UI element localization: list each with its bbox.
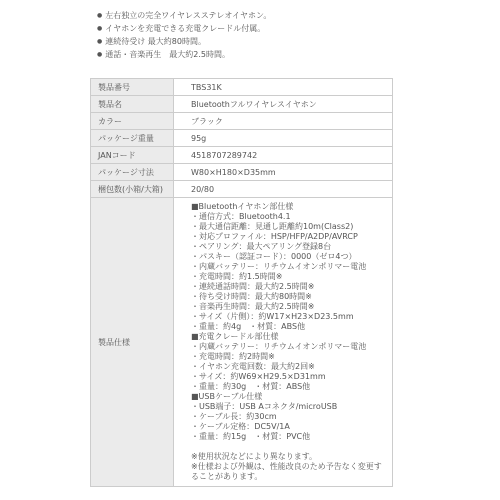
- spec-line: [191, 442, 384, 452]
- row-value: 20/80: [174, 181, 393, 198]
- spec-line: ・パスキー（認証コード）：0000（ゼロ4つ）: [191, 252, 384, 262]
- spec-line: ・待ち受け時間：最大約80時間※: [191, 292, 384, 302]
- row-label: JANコード: [91, 147, 174, 164]
- spec-lines: ■Bluetoothイヤホン部仕様・通信方式：Bluetooth4.1・最大通信…: [191, 202, 384, 482]
- spec-line: ・USB端子：USB Aコネクタ/microUSB: [191, 402, 384, 412]
- spec-line: ※仕様および外観は、性能改良のため予告なく変更することがあります。: [191, 462, 384, 482]
- spec-line: ・ペアリング：最大ペアリング登録8台: [191, 242, 384, 252]
- spec-row: 製品仕様 ■Bluetoothイヤホン部仕様・通信方式：Bluetooth4.1…: [91, 198, 393, 487]
- spec-line: ・サイズ（片側）：約W17×H23×D23.5mm: [191, 312, 384, 322]
- product-spec-table: 製品番号 TBS31K 製品名 Bluetoothフルワイヤレスイヤホン カラー…: [90, 78, 393, 487]
- spec-line: ・充電時間：約2時間※: [191, 352, 384, 362]
- bullet-icon: ●: [97, 12, 102, 19]
- spec-line: ・重量：約15g ・材質：PVC他: [191, 432, 384, 442]
- highlight-item: ●連続待受け 最大約80時間。: [97, 35, 271, 48]
- spec-row-label: 製品仕様: [91, 198, 174, 487]
- spec-line: ・イヤホン充電回数：最大約2回※: [191, 362, 384, 372]
- spec-line: ・ケーブル定格：DC5V/1A: [191, 422, 384, 432]
- highlight-text: 連続待受け 最大約80時間。: [105, 37, 206, 46]
- highlight-text: 通話・音楽再生 最大約2.5時間。: [105, 50, 230, 59]
- table-row: JANコード 4518707289742: [91, 147, 393, 164]
- table-row: 梱包数(小箱/大箱) 20/80: [91, 181, 393, 198]
- highlight-text: イヤホンを充電できる充電クレードル付属。: [105, 24, 265, 33]
- spec-row-value: ■Bluetoothイヤホン部仕様・通信方式：Bluetooth4.1・最大通信…: [174, 198, 393, 487]
- spec-line: ・充電時間：約1.5時間※: [191, 272, 384, 282]
- spec-table-body: 製品番号 TBS31K 製品名 Bluetoothフルワイヤレスイヤホン カラー…: [91, 79, 393, 487]
- highlight-item: ●左右独立の完全ワイヤレスステレオイヤホン。: [97, 9, 271, 22]
- spec-line: ※使用状況などにより異なります。: [191, 452, 384, 462]
- spec-line: ・連続通話時間：最大約2.5時間※: [191, 282, 384, 292]
- table-row: カラー ブラック: [91, 113, 393, 130]
- bullet-icon: ●: [97, 25, 102, 32]
- spec-line: ・対応プロファイル：HSP/HFP/A2DP/AVRCP: [191, 232, 384, 242]
- product-highlights: ●左右独立の完全ワイヤレスステレオイヤホン。 ●イヤホンを充電できる充電クレード…: [97, 9, 271, 61]
- row-value: 95g: [174, 130, 393, 147]
- spec-line: ・内蔵バッテリー：リチウムイオンポリマー電池: [191, 262, 384, 272]
- spec-line: ■Bluetoothイヤホン部仕様: [191, 202, 384, 212]
- row-label: カラー: [91, 113, 174, 130]
- row-value: W80×H180×D35mm: [174, 164, 393, 181]
- row-value: ブラック: [174, 113, 393, 130]
- row-label: パッケージ重量: [91, 130, 174, 147]
- highlight-item: ●イヤホンを充電できる充電クレードル付属。: [97, 22, 271, 35]
- spec-line: ・音楽再生時間：最大約2.5時間※: [191, 302, 384, 312]
- spec-line: ・内蔵バッテリー：リチウムイオンポリマー電池: [191, 342, 384, 352]
- table-row: パッケージ重量 95g: [91, 130, 393, 147]
- spec-line: ・通信方式：Bluetooth4.1: [191, 212, 384, 222]
- row-label: 製品名: [91, 96, 174, 113]
- bullet-icon: ●: [97, 51, 102, 58]
- spec-line: ・重量：約4g ・材質：ABS他: [191, 322, 384, 332]
- spec-line: ・最大通信距離：見通し距離約10m(Class2): [191, 222, 384, 232]
- row-label: 梱包数(小箱/大箱): [91, 181, 174, 198]
- product-page: ●左右独立の完全ワイヤレスステレオイヤホン。 ●イヤホンを充電できる充電クレード…: [0, 0, 500, 500]
- spec-line: ■充電クレードル部仕様: [191, 332, 384, 342]
- spec-line: ■USBケーブル仕様: [191, 392, 384, 402]
- spec-line: ・ケーブル長：約30cm: [191, 412, 384, 422]
- row-value: TBS31K: [174, 79, 393, 96]
- table-row: パッケージ寸法 W80×H180×D35mm: [91, 164, 393, 181]
- table-row: 製品名 Bluetoothフルワイヤレスイヤホン: [91, 96, 393, 113]
- row-value: Bluetoothフルワイヤレスイヤホン: [174, 96, 393, 113]
- spec-line: ・重量：約30g ・材質：ABS他: [191, 382, 384, 392]
- table-row: 製品番号 TBS31K: [91, 79, 393, 96]
- highlight-text: 左右独立の完全ワイヤレスステレオイヤホン。: [105, 11, 271, 20]
- spec-line: ・サイズ：約W69×H29.5×D31mm: [191, 372, 384, 382]
- row-label: パッケージ寸法: [91, 164, 174, 181]
- row-value: 4518707289742: [174, 147, 393, 164]
- bullet-icon: ●: [97, 38, 102, 45]
- row-label: 製品番号: [91, 79, 174, 96]
- highlight-item: ●通話・音楽再生 最大約2.5時間。: [97, 48, 271, 61]
